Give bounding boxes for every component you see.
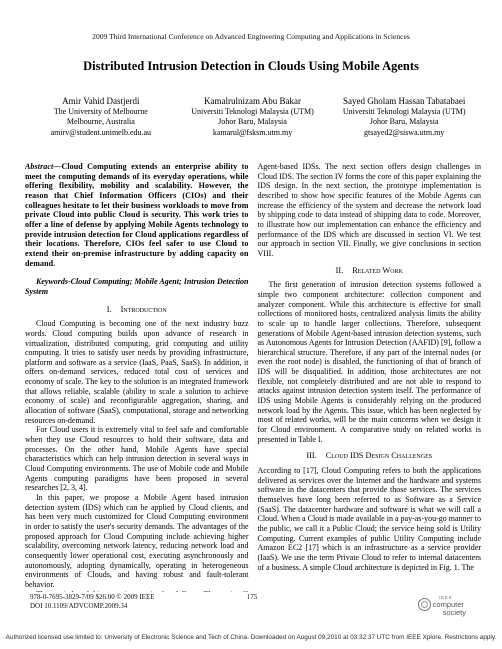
abstract-label: Abstract [25, 162, 53, 171]
abstract-text: —Cloud Computing extends an enterprise a… [25, 162, 249, 268]
section-title: Introduction [121, 305, 167, 314]
doi-line: DOI 10.1109/ADVCOMP.2009.34 [30, 602, 155, 611]
left-column: Abstract—Cloud Computing extends an ente… [25, 162, 249, 592]
body-paragraph: Agent-based IDSs. The next section offer… [258, 162, 482, 259]
author-block-2: Kamalrulnizam Abu Bakar Universiti Tekno… [177, 96, 329, 138]
body-paragraph: The reminder of this paper is organized … [25, 590, 249, 592]
paper-page: 2009 Third International Conference on A… [0, 0, 502, 649]
section-number: II. [336, 266, 344, 275]
body-paragraph: According to [17], Cloud Computing refer… [258, 466, 482, 572]
section-heading-introduction: I.Introduction [25, 305, 249, 315]
author-location: Melbourne, Australia [25, 117, 177, 128]
author-location: Johor Baru, Malaysia [177, 117, 329, 128]
section-number: III. [306, 451, 316, 460]
author-email: kamarul@fsksm.utm.my [177, 128, 329, 139]
author-affiliation: Universiti Teknologi Malaysia (UTM) [177, 107, 329, 118]
section-heading-cloud-ids-design-challenges: III.Cloud IDS Design Challenges [258, 451, 482, 461]
right-column: Agent-based IDSs. The next section offer… [258, 162, 482, 592]
author-affiliation: Universiti Teknologi Malaysia (UTM) [328, 107, 480, 118]
keywords: Keywords-Cloud Computing; Mobile Agent; … [25, 277, 249, 296]
abstract: Abstract—Cloud Computing extends an ente… [25, 162, 249, 268]
author-email: amirv@student.unimelb.edu.au [25, 128, 177, 139]
section-heading-related-work: II.Related Work [258, 266, 482, 276]
body-paragraph: The first generation of intrusion detect… [258, 280, 482, 444]
author-name: Amir Vahid Dastjerdi [25, 96, 177, 107]
author-name: Sayed Gholam Hassan Tabatabaei [328, 96, 480, 107]
author-block-3: Sayed Gholam Hassan Tabatabaei Universit… [328, 96, 480, 138]
authors-row: Amir Vahid Dastjerdi The University of M… [25, 96, 480, 138]
body-paragraph: Cloud Computing is becoming one of the n… [25, 319, 249, 425]
section-number: I. [107, 305, 112, 314]
ieee-computer-society-logo-icon [418, 598, 431, 611]
author-affiliation: The University of Melbourne [25, 107, 177, 118]
author-location: Johor Baru, Malaysia [328, 117, 480, 128]
conference-header: 2009 Third International Conference on A… [0, 32, 502, 41]
paper-title: Distributed Intrusion Detection in Cloud… [0, 59, 502, 74]
ieee-computer-society-logo-text: IEEE computer society [433, 593, 466, 616]
author-email: gtsayed2@siswa.utm.my [328, 128, 480, 139]
section-title: Cloud IDS Design Challenges [326, 451, 432, 460]
society-label: society [443, 609, 466, 616]
license-notice: Authorized licensed use limited to: Univ… [0, 634, 502, 641]
section-title: Related Work [352, 266, 403, 275]
ieee-computer-society-logo: IEEE computer society [418, 593, 466, 616]
author-name: Kamalrulnizam Abu Bakar [177, 96, 329, 107]
two-column-body: Abstract—Cloud Computing extends an ente… [25, 162, 481, 592]
body-paragraph: For Cloud users it is extremely vital to… [25, 425, 249, 493]
body-paragraph: In this paper, we propose a Mobile Agent… [25, 493, 249, 590]
page-number: 175 [30, 593, 474, 602]
author-block-1: Amir Vahid Dastjerdi The University of M… [25, 96, 177, 138]
